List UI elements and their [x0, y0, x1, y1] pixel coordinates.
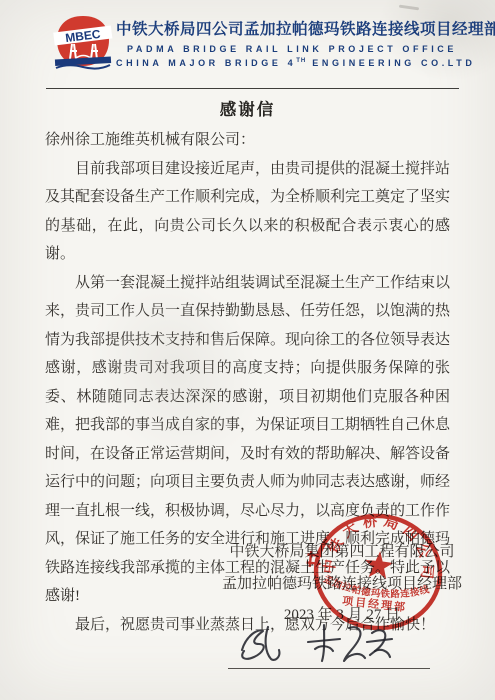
bridge-logo-icon: MBEC: [52, 13, 114, 75]
org-names: 中铁大桥局四公司孟加拉帕德玛铁路连接线项目经理部 PADMA BRIDGE RA…: [116, 17, 468, 68]
star-icon: [363, 550, 394, 580]
org-name-en-2-sup: TH: [296, 58, 306, 64]
handwritten-signature: [232, 616, 407, 672]
letterhead: MBEC 中铁大桥局四公司孟加拉帕德玛铁路连接线项目经理部 PADMA BRID…: [0, 0, 495, 78]
signature-line: [228, 668, 430, 669]
org-name-cn: 中铁大桥局四公司孟加拉帕德玛铁路连接线项目经理部: [116, 17, 468, 39]
org-name-en-2-suffix: ENGINEERING CO.LTD: [306, 58, 475, 68]
letter-page: MBEC 中铁大桥局四公司孟加拉帕德玛铁路连接线项目经理部 PADMA BRID…: [0, 0, 495, 700]
org-name-en-1: PADMA BRIDGE RAIL LINK PROJECT OFFICE: [116, 44, 468, 54]
salutation: 徐州徐工施维英机械有限公司：: [45, 126, 450, 155]
letterhead-divider: [46, 88, 459, 89]
body-paragraph: 目前我部项目建设接近尾声，由贵司提供的混凝土搅拌站及其配套设备生产工作顺利完成，…: [45, 155, 450, 269]
mbec-logo: MBEC: [52, 13, 114, 75]
org-name-en-2-prefix: CHINA MAJOR BRIDGE 4: [116, 58, 296, 68]
org-name-en-2: CHINA MAJOR BRIDGE 4TH ENGINEERING CO.LT…: [116, 58, 468, 68]
letter-title: 感谢信: [0, 96, 495, 120]
